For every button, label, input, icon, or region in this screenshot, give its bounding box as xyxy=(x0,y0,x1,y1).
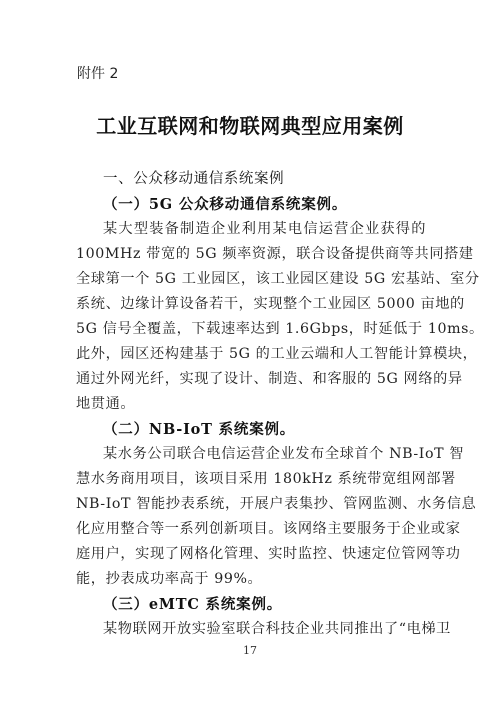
paragraph-line: 某物联网开放实验室联合科技企业共同推出了“电梯卫 xyxy=(76,617,426,642)
document-page: 附件 2 工业互联网和物联网典型应用案例 一、公众移动通信系统案例 （一）5G … xyxy=(0,0,500,707)
attachment-label: 附件 2 xyxy=(77,64,118,84)
subsection-heading-emtc: （三）eMTC 系统案例。 xyxy=(76,592,426,617)
paragraph-line: 庭用户，实现了网格化管理、实时监控、快速定位管网等功 xyxy=(76,542,426,567)
page-number: 17 xyxy=(0,643,500,659)
paragraph-line: 能，抄表成功率高于 99%。 xyxy=(76,567,426,592)
document-body: 一、公众移动通信系统案例 （一）5G 公众移动通信系统案例。 某大型装备制造企业… xyxy=(76,167,426,642)
paragraph-line: 通过外网光纤，实现了设计、制造、和客服的 5G 网络的异 xyxy=(76,367,426,392)
subsection-heading-5g: （一）5G 公众移动通信系统案例。 xyxy=(76,192,426,217)
paragraph-line: 全球第一个 5G 工业园区，该工业园区建设 5G 宏基站、室分 xyxy=(76,267,426,292)
paragraph-line: 系统、边缘计算设备若干，实现整个工业园区 5000 亩地的 xyxy=(76,292,426,317)
document-title: 工业互联网和物联网典型应用案例 xyxy=(0,113,500,139)
paragraph-line: 5G 信号全覆盖，下载速率达到 1.6Gbps，时延低于 10ms。 xyxy=(76,317,426,342)
paragraph-line: NB-IoT 智能抄表系统，开展户表集抄、管网监测、水务信息 xyxy=(76,492,426,517)
subsection-heading-nb-iot: （二）NB-IoT 系统案例。 xyxy=(76,417,426,442)
section-heading-public-mobile: 一、公众移动通信系统案例 xyxy=(76,167,426,192)
paragraph-line: 某大型装备制造企业利用某电信运营企业获得的 xyxy=(76,217,426,242)
paragraph-line: 慧水务商用项目，该项目采用 180kHz 系统带宽组网部署 xyxy=(76,467,426,492)
paragraph-line: 某水务公司联合电信运营企业发布全球首个 NB-IoT 智 xyxy=(76,442,426,467)
paragraph-line: 地贯通。 xyxy=(76,392,426,417)
paragraph-line: 此外，园区还构建基于 5G 的工业云端和人工智能计算模块， xyxy=(76,342,426,367)
paragraph-line: 100MHz 带宽的 5G 频率资源，联合设备提供商等共同搭建 xyxy=(76,242,426,267)
paragraph-line: 化应用整合等一系列创新项目。该网络主要服务于企业或家 xyxy=(76,517,426,542)
